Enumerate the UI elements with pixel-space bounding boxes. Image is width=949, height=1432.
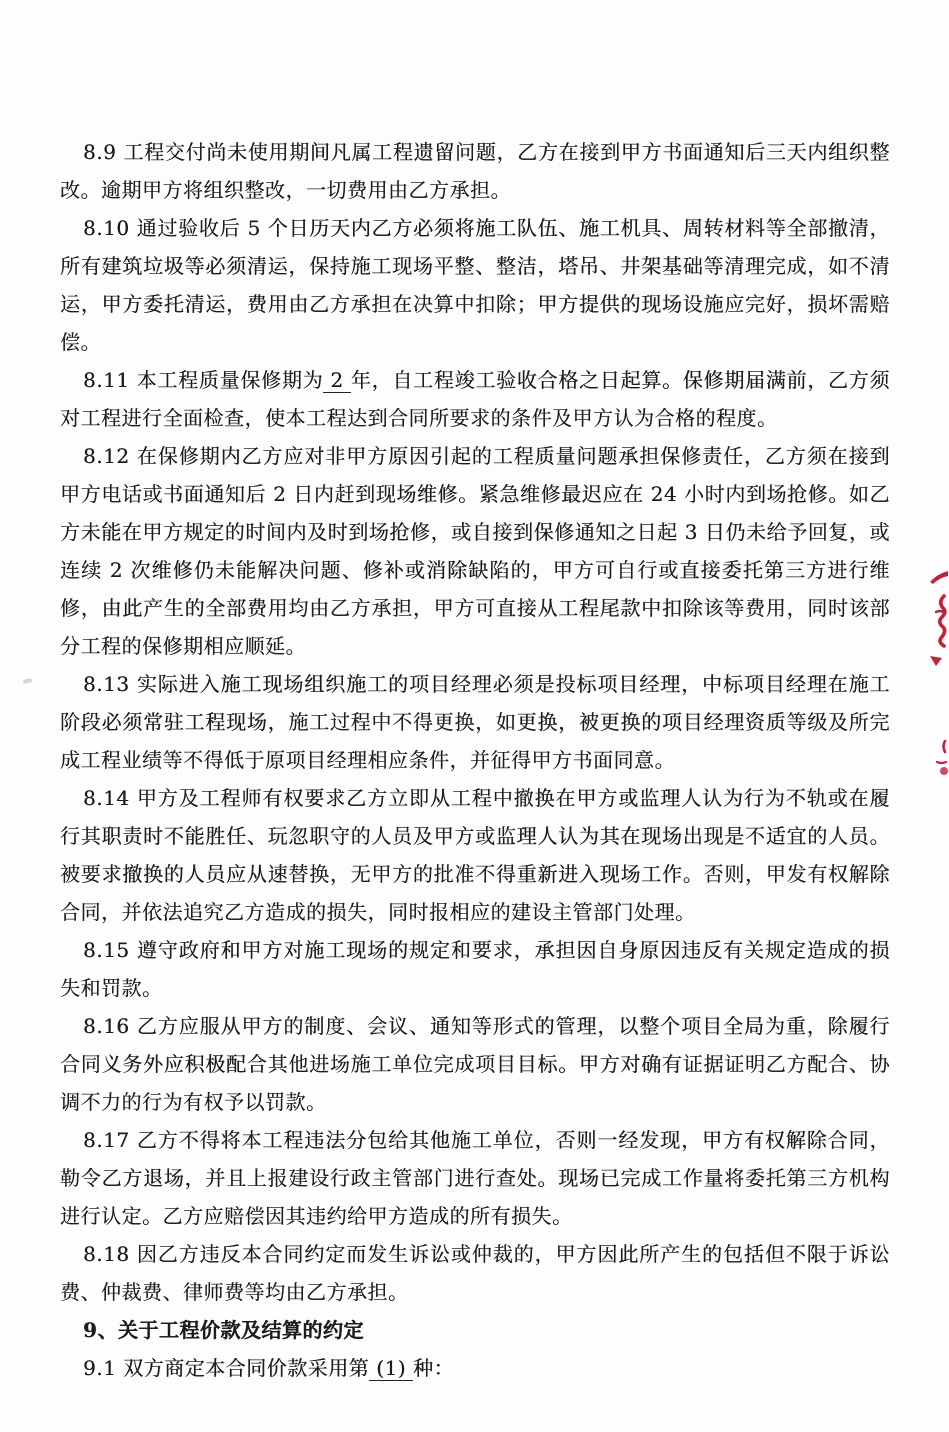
clause-8-11: 8.11 本工程质量保修期为2年，自工程竣工验收合格之日起算。保修期届满前，乙方… [60, 361, 890, 437]
red-ink-triangle-mark [929, 654, 943, 668]
clause-8-10: 8.10 通过验收后 5 个日历天内乙方必须将施工队伍、施工机具、周转材料等全部… [60, 209, 890, 361]
red-ink-swoosh-stroke [929, 568, 949, 586]
clause-8-13: 8.13 实际进入施工现场组织施工的项目经理必须是投标项目经理，中标项目经理在施… [60, 665, 890, 779]
clause-8-12: 8.12 在保修期内乙方应对非甲方原因引起的工程质量问题承担保修责任，乙方须在接… [60, 437, 890, 665]
clause-text: 8.17 乙方不得将本工程违法分包给其他施工单位，否则一经发现，甲方有权解除合同… [60, 1128, 890, 1228]
filled-blank-warranty-years: 2 [323, 368, 350, 393]
clause-text: 8.16 乙方应服从甲方的制度、会议、通知等形式的管理，以整个项目全局为重，除履… [60, 1014, 890, 1114]
scan-speck [23, 678, 33, 684]
clause-text: 9.1 双方商定本合同价款采用第 [83, 1356, 369, 1380]
clause-8-18: 8.18 因乙方违反本合同约定而发生诉讼或仲裁的，甲方因此所产生的包括但不限于诉… [60, 1235, 890, 1311]
clause-text: 8.11 本工程质量保修期为 [83, 368, 323, 392]
clause-text: 8.9 工程交付尚未使用期间凡属工程遗留问题，乙方在接到甲方书面通知后三天内组织… [60, 140, 890, 202]
clause-text: 8.14 甲方及工程师有权要求乙方立即从工程中撤换在甲方或监理人认为行为不轨或在… [60, 786, 890, 924]
clause-text: 8.15 遵守政府和甲方对施工现场的规定和要求，承担因自身原因违反有关规定造成的… [60, 938, 890, 1000]
section-9-heading: 9、关于工程价款及结算的约定 [60, 1311, 890, 1349]
clause-text: 8.12 在保修期内乙方应对非甲方原因引起的工程质量问题承担保修责任，乙方须在接… [60, 444, 890, 658]
clause-8-14: 8.14 甲方及工程师有权要求乙方立即从工程中撤换在甲方或监理人认为行为不轨或在… [60, 779, 890, 931]
clause-8-9: 8.9 工程交付尚未使用期间凡属工程遗留问题，乙方在接到甲方书面通知后三天内组织… [60, 133, 890, 209]
clause-text: 8.13 实际进入施工现场组织施工的项目经理必须是投标项目经理，中标项目经理在施… [60, 672, 890, 772]
red-ink-hook-strokes [933, 740, 949, 780]
clause-9-1: 9.1 双方商定本合同价款采用第(1)种： [60, 1349, 890, 1387]
clause-text: 8.10 通过验收后 5 个日历天内乙方必须将施工队伍、施工机具、周转材料等全部… [60, 216, 890, 354]
clause-text: 种： [413, 1356, 454, 1380]
filled-blank-price-option: (1) [369, 1356, 413, 1381]
clause-text: 8.18 因乙方违反本合同约定而发生诉讼或仲裁的，甲方因此所产生的包括但不限于诉… [60, 1242, 890, 1304]
clause-8-17: 8.17 乙方不得将本工程违法分包给其他施工单位，否则一经发现，甲方有权解除合同… [60, 1121, 890, 1235]
contract-body: 8.9 工程交付尚未使用期间凡属工程遗留问题，乙方在接到甲方书面通知后三天内组织… [60, 133, 890, 1387]
scanned-contract-page: 8.9 工程交付尚未使用期间凡属工程遗留问题，乙方在接到甲方书面通知后三天内组织… [0, 0, 949, 1432]
clause-8-16: 8.16 乙方应服从甲方的制度、会议、通知等形式的管理，以整个项目全局为重，除履… [60, 1007, 890, 1121]
clause-8-15: 8.15 遵守政府和甲方对施工现场的规定和要求，承担因自身原因违反有关规定造成的… [60, 931, 890, 1007]
red-ink-character-fragment [934, 594, 949, 648]
